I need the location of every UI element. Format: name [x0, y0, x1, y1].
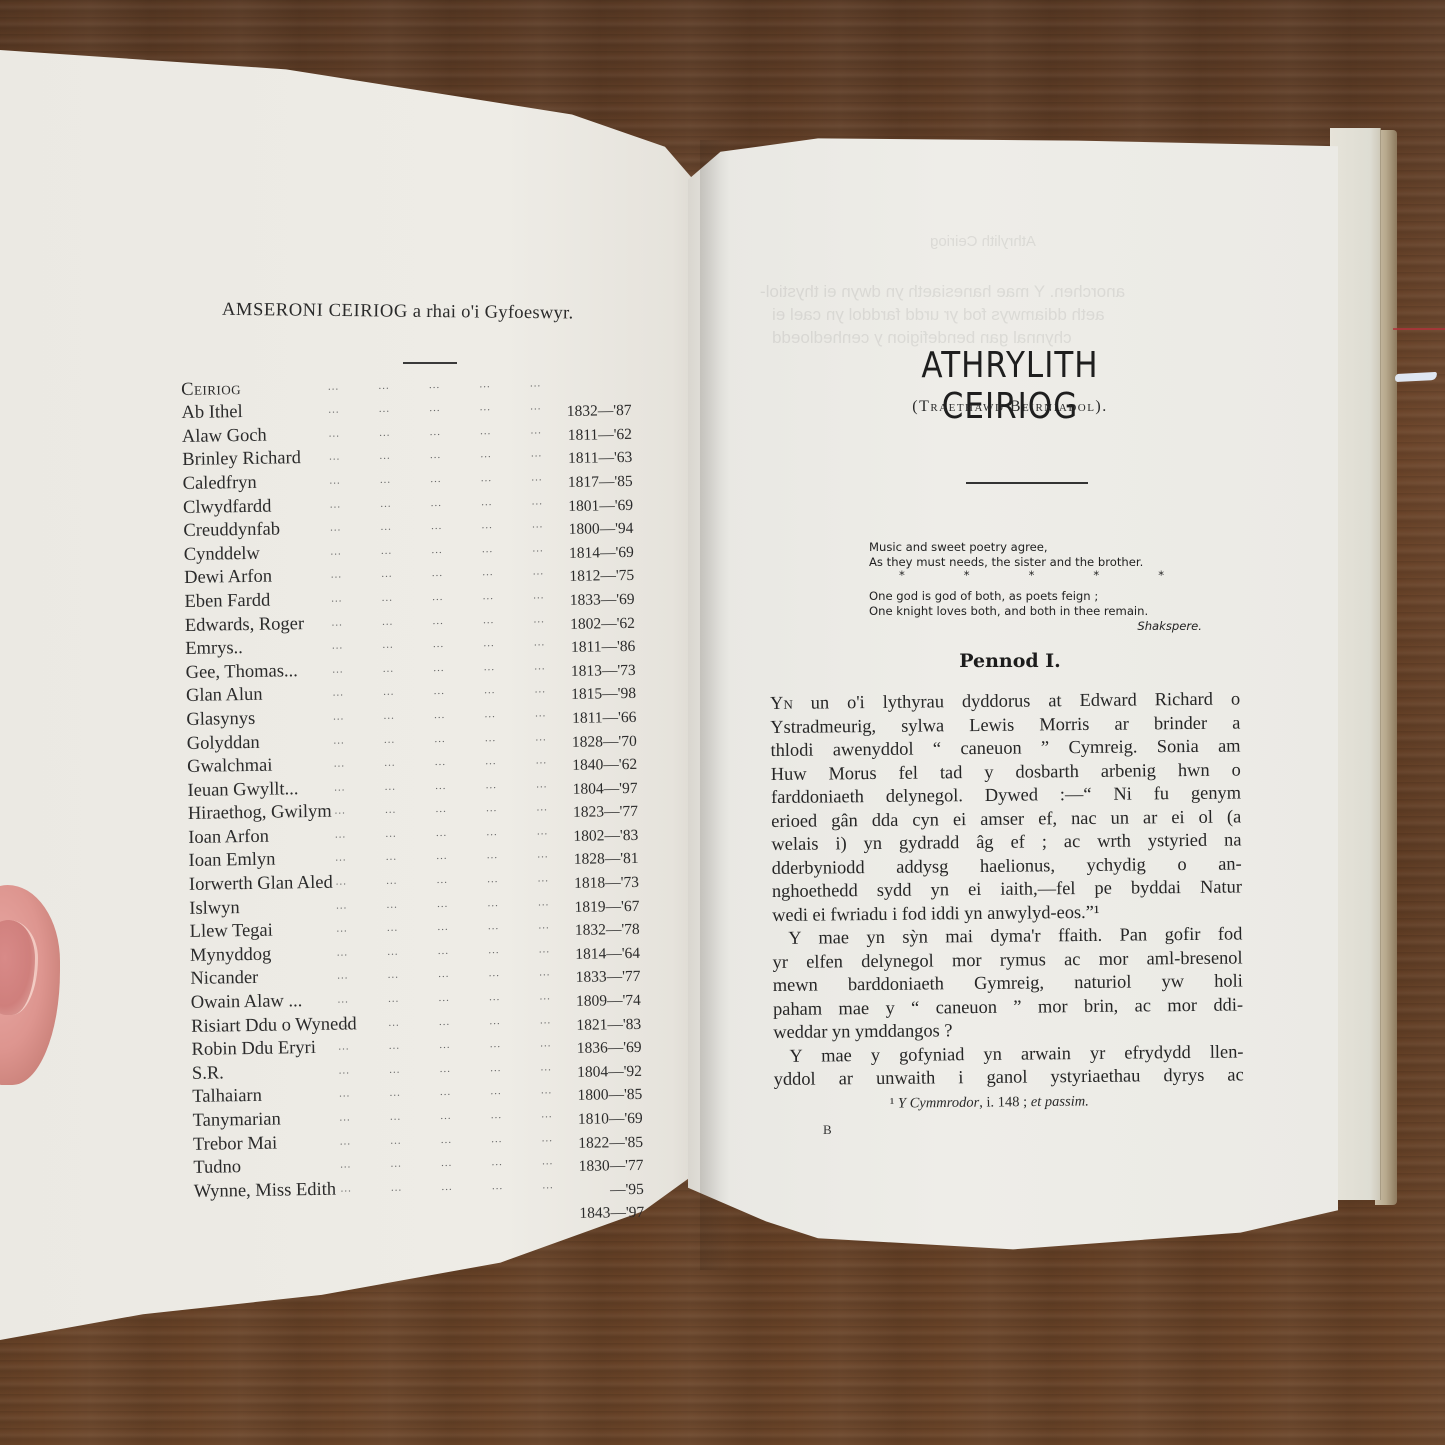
dot-leaders: ............... — [302, 542, 544, 558]
dot-leaders: ............... — [307, 872, 549, 888]
dot-leaders: ............... — [310, 1061, 552, 1077]
text-line: yddol ar unwaith i ganol ystyriaethau dy… — [774, 1063, 1244, 1091]
dot-leaders: ............... — [309, 1037, 551, 1053]
dot-leaders: ............... — [303, 636, 545, 652]
footnote-ref: , i. 148 ; — [979, 1094, 1031, 1111]
dot-leaders: ............... — [306, 802, 548, 818]
poet-name: Llew Tegai — [190, 921, 273, 943]
text-line: nghoethedd sydd yn ei iaith,—fel pe bydd… — [772, 875, 1242, 903]
poet-name: Ab Ithel — [181, 402, 242, 424]
show-through-line: anorchen. Y mae hanesiaeth yn dwyn ei th… — [760, 282, 1125, 302]
dot-leaders: ............... — [301, 471, 543, 487]
poet-name: Cynddelw — [184, 544, 260, 566]
paragraph-3: Y mae y gofyniad yn arwain yr efrydydd l… — [773, 1040, 1243, 1092]
footnote-marker: ¹ — [890, 1095, 898, 1111]
poet-name: Gwalchmai — [187, 756, 273, 778]
poet-name: Tudno — [193, 1157, 241, 1179]
dot-leaders: ............... — [312, 1179, 554, 1195]
poet-name: Emrys.. — [185, 638, 243, 660]
star: * — [1158, 570, 1164, 580]
life-dates: 1843—'97 — [579, 1204, 644, 1223]
poet-name: Tanymarian — [193, 1110, 281, 1132]
epigraph: Music and sweet poetry agree, As they mu… — [869, 540, 1204, 634]
poet-name: Creuddynfab — [183, 520, 280, 543]
poet-name: Golyddan — [187, 732, 260, 754]
epigraph-line: As they must needs, the sister and the b… — [869, 555, 1204, 570]
star: * — [1093, 570, 1099, 580]
epigraph-line: One god is god of both, as poets feign ; — [869, 589, 1204, 604]
poet-name: Glasynys — [186, 709, 255, 731]
dot-leaders: ............... — [308, 967, 550, 983]
dot-leaders: ............... — [304, 684, 546, 700]
dot-leaders: ............... — [302, 566, 544, 582]
chronology-title-caps: AMSERONI CEIRIOG — [222, 300, 408, 322]
star: * — [1029, 570, 1035, 580]
dot-leaders: ............... — [305, 778, 547, 794]
epigraph-stars: * * * * * — [869, 570, 1164, 580]
poet-name: Alaw Goch — [182, 425, 267, 447]
poet-name: Eben Fardd — [184, 591, 270, 613]
chronology-title: AMSERONI CEIRIOG a rhai o'i Gyfoeswyr. — [222, 300, 642, 325]
poet-name: Glan Alun — [186, 685, 263, 707]
dot-leaders: ............... — [305, 754, 547, 770]
poet-name: Islwyn — [189, 898, 240, 920]
dot-leaders: ............... — [303, 613, 545, 629]
show-through-running-head: Athrylith Ceiriog — [930, 233, 1036, 250]
epigraph-line: Music and sweet poetry agree, — [869, 540, 1204, 555]
star: * — [964, 570, 970, 580]
poet-name: Ceiriog — [181, 379, 241, 401]
poet-name: Nicander — [190, 968, 258, 990]
show-through-line: aeth ddiamwys fod yr urdd farddol yn cae… — [772, 305, 1105, 325]
dot-leaders: ............... — [299, 401, 541, 417]
dot-leaders: ............... — [311, 1155, 553, 1171]
epigraph-attribution: Shakspere. — [869, 619, 1204, 634]
dot-leaders: ............... — [311, 1108, 553, 1124]
poet-name: Ioan Emlyn — [188, 850, 275, 872]
dot-leaders: ............... — [310, 1085, 552, 1101]
epigraph-line: One knight loves both, and both in thee … — [869, 604, 1204, 619]
dot-leaders: ............... — [300, 424, 542, 440]
dot-leaders: ............... — [299, 377, 541, 393]
essay-subtitle: (Traethawd Beirniadol). — [860, 398, 1160, 416]
poet-name: S.R. — [192, 1063, 224, 1084]
dot-leaders: ............... — [302, 589, 544, 605]
chapter-heading: Pennod I. — [940, 650, 1080, 672]
poet-name: Gee, Thomas... — [185, 661, 298, 684]
dot-leaders: ............... — [304, 707, 546, 723]
dot-leaders: ............... — [309, 1014, 551, 1030]
footnote: ¹ Y Cymmrodor, i. 148 ; et passim. — [890, 1092, 1190, 1112]
footnote-source: Y Cymmrodor — [898, 1095, 979, 1112]
dot-leaders: ............... — [300, 448, 542, 464]
paragraph-1: Yn un o'i lythyrau dyddorus at Edward Ri… — [770, 687, 1242, 927]
paragraph-2: Y mae yn sỳn mai dyma'r ffaith. Pan gofi… — [772, 922, 1243, 1044]
poet-name: Caledfryn — [183, 473, 257, 495]
poet-name: Trebor Mai — [193, 1133, 277, 1155]
poet-name: Edwards, Roger — [185, 614, 305, 637]
dot-leaders: ............... — [308, 943, 550, 959]
dot-leaders: ............... — [306, 849, 548, 865]
dot-leaders: ............... — [307, 896, 549, 912]
poet-name: Mynyddog — [190, 944, 272, 966]
text-line: paham mae y “ caneuon ” mor brin, ac mor… — [773, 993, 1243, 1021]
star: * — [899, 570, 905, 580]
dot-leaders: ............... — [311, 1132, 553, 1148]
dot-leaders: ............... — [301, 518, 543, 534]
gutter-shadow — [700, 140, 730, 1270]
drop-word: Yn — [770, 693, 793, 713]
signature-mark: B — [823, 1122, 832, 1138]
chronology-title-rest: a rhai o'i Gyfoeswyr. — [408, 302, 574, 324]
poet-name: Clwydfardd — [183, 496, 272, 518]
title-rule — [403, 362, 457, 364]
footnote-passim: et passim. — [1031, 1093, 1089, 1110]
dot-leaders: ............... — [305, 731, 547, 747]
poet-name: Talhaiarn — [192, 1086, 262, 1108]
dot-leaders: ............... — [309, 990, 551, 1006]
dot-leaders: ............... — [304, 660, 546, 676]
essay-rule — [966, 482, 1088, 484]
poet-name: Owain Alaw ... — [191, 991, 303, 1014]
chronology-list: Ceiriog...............Ab Ithel..........… — [181, 370, 664, 1227]
red-fleck — [1393, 328, 1445, 330]
essay-body: Yn un o'i lythyrau dyddorus at Edward Ri… — [770, 687, 1244, 1091]
dot-leaders: ............... — [308, 920, 550, 936]
poet-name: Dewi Arfon — [184, 567, 272, 589]
poet-name: Brinley Richard — [182, 449, 301, 472]
dot-leaders: ............... — [306, 825, 548, 841]
poet-name: Ioan Arfon — [188, 827, 269, 849]
poet-name: Ieuan Gwyllt... — [187, 779, 298, 802]
dot-leaders: ............... — [301, 495, 543, 511]
poet-name: Robin Ddu Eryri — [191, 1038, 316, 1061]
